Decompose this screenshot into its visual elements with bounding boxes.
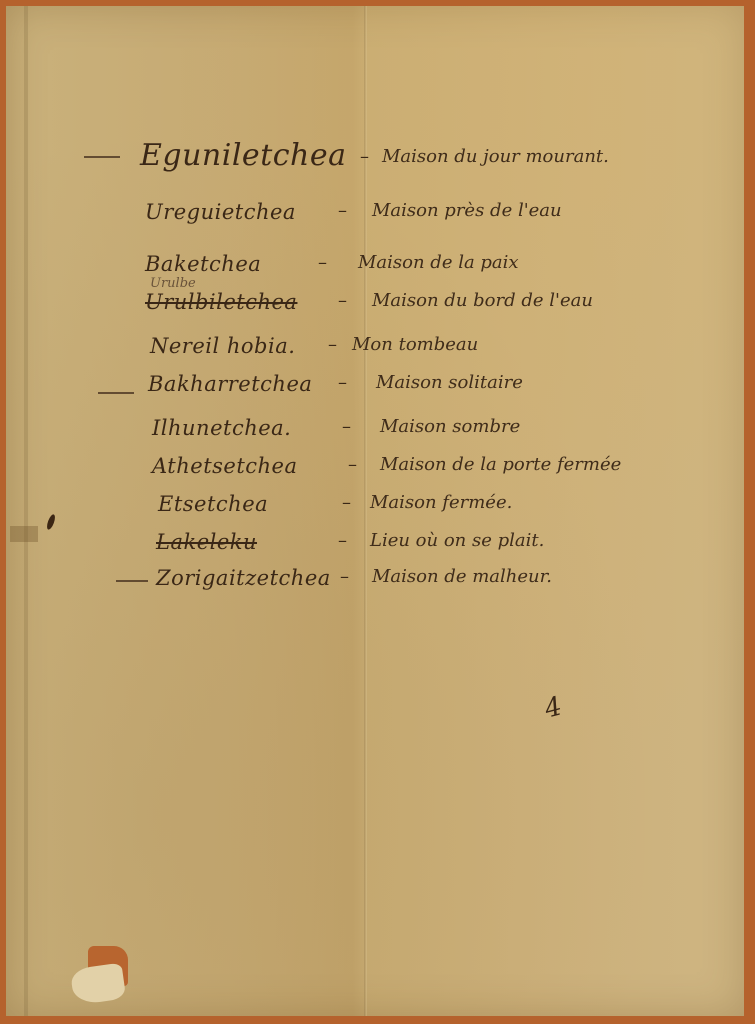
separator: – — [328, 334, 337, 355]
separator: – — [348, 454, 357, 475]
basque-name: Ureguietchea — [145, 200, 296, 224]
basque-name: Baketchea — [145, 252, 261, 276]
list-item: Urulbe Urulbiletchea – Maison du bord de… — [0, 290, 755, 320]
list-item: Lakeleku – Lieu où on se plait. — [0, 530, 755, 560]
basque-name: Eguniletchea — [140, 138, 347, 173]
entry-list: Eguniletchea – Maison du jour mourant. U… — [0, 0, 755, 1024]
basque-name: Ilhunetchea. — [152, 416, 291, 440]
separator: – — [338, 200, 347, 221]
french-translation: Maison sombre — [380, 416, 520, 437]
list-item: Ilhunetchea. – Maison sombre — [0, 416, 755, 446]
french-translation: Maison fermée. — [370, 492, 512, 513]
separator: – — [342, 416, 351, 437]
separator: – — [342, 492, 351, 513]
basque-name: Urulbiletchea — [145, 290, 297, 314]
separator: – — [338, 372, 347, 393]
leading-dash — [98, 392, 134, 394]
separator: – — [318, 252, 327, 273]
list-item: Baketchea – Maison de la paix — [0, 252, 755, 282]
french-translation: Maison de la porte fermée — [380, 454, 621, 475]
french-translation: Lieu où on se plait. — [370, 530, 544, 551]
leading-dash — [84, 156, 120, 158]
french-translation: Maison solitaire — [376, 372, 523, 393]
list-item: Athetsetchea – Maison de la porte fermée — [0, 454, 755, 484]
french-translation: Maison de malheur. — [372, 566, 552, 587]
separator: – — [360, 146, 369, 167]
list-item: Nereil hobia. – Mon tombeau — [0, 334, 755, 364]
leading-dash — [116, 580, 148, 582]
french-translation: Maison de la paix — [358, 252, 519, 273]
list-item: Eguniletchea – Maison du jour mourant. — [0, 138, 755, 168]
french-translation: Maison près de l'eau — [372, 200, 562, 221]
french-translation: Maison du bord de l'eau — [372, 290, 593, 311]
list-item: Ureguietchea – Maison près de l'eau — [0, 200, 755, 230]
separator: – — [338, 290, 347, 311]
list-item: Etsetchea – Maison fermée. — [0, 492, 755, 522]
list-item: Bakharretchea – Maison solitaire — [0, 372, 755, 402]
french-translation: Mon tombeau — [352, 334, 478, 355]
correction-above: Urulbe — [150, 276, 196, 291]
basque-name: Zorigaitzetchea — [156, 566, 331, 590]
basque-name: Bakharretchea — [148, 372, 312, 396]
list-item: Zorigaitzetchea – Maison de malheur. — [0, 566, 755, 596]
separator: – — [338, 530, 347, 551]
french-translation: Maison du jour mourant. — [382, 146, 609, 167]
basque-name: Etsetchea — [158, 492, 268, 516]
basque-name: Nereil hobia. — [150, 334, 295, 358]
basque-name: Lakeleku — [156, 530, 257, 554]
separator: – — [340, 566, 349, 587]
basque-name: Athetsetchea — [152, 454, 298, 478]
